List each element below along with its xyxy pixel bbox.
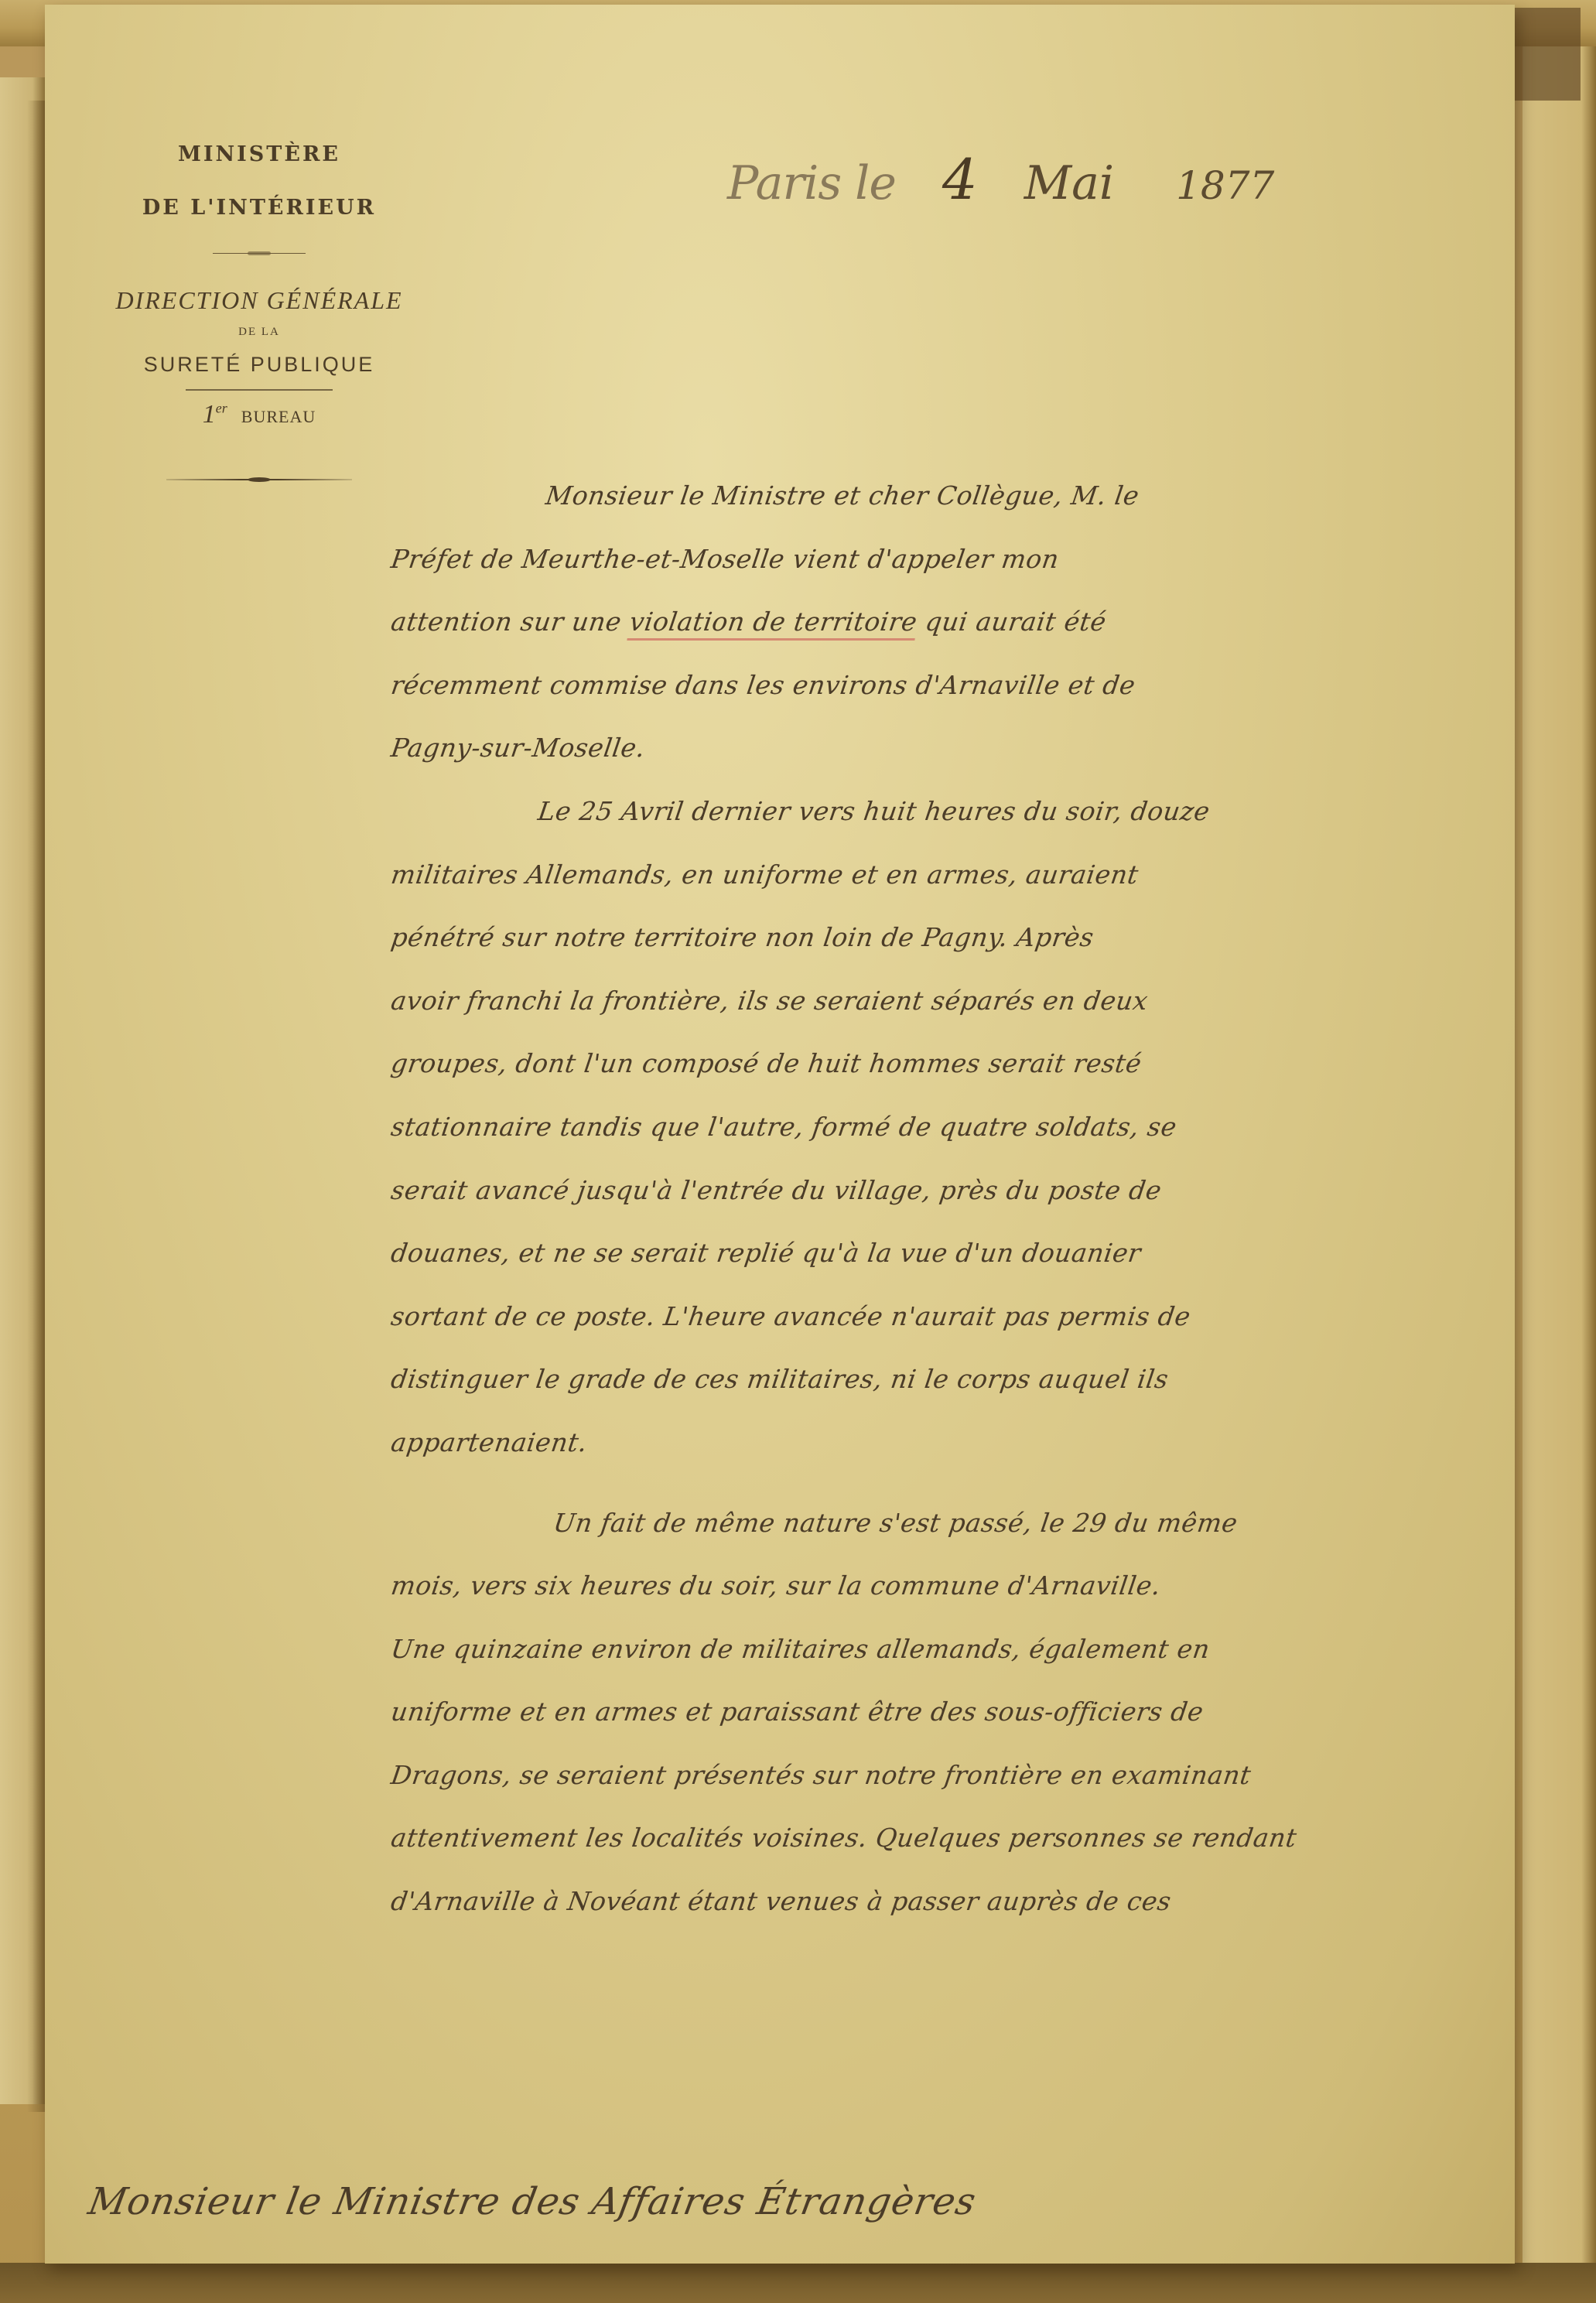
body-line: distinguer le grade de ces militaires, n…	[387, 1348, 1533, 1411]
underlying-sheet-right	[1523, 46, 1596, 2290]
body-line-end: qui aurait été	[915, 607, 1109, 637]
letterhead-interior: DE L'INTÉRIEUR	[93, 196, 425, 220]
body-line: Dragons, se seraient présentés sur notre…	[387, 1744, 1533, 1807]
body-line: Monsieur le Ministre et cher Collègue, M…	[387, 464, 1533, 528]
body-line: sortant de ce poste. L'heure avancée n'a…	[387, 1285, 1533, 1348]
date-line: Paris le 4 Mai 1877	[727, 147, 1274, 212]
body-line: Le 25 Avril dernier vers huit heures du …	[387, 780, 1533, 843]
sheet-shadow-bottom	[0, 2263, 1596, 2303]
bureau-number: 1er	[203, 400, 227, 429]
body-line: récemment commise dans les environs d'Ar…	[387, 654, 1533, 717]
body-line: pénétré sur notre territoire non loin de…	[387, 906, 1533, 969]
letterhead-direction: DIRECTION GÉNÉRALE	[93, 286, 425, 315]
letter-body: Monsieur le Ministre et cher Collègue, M…	[387, 464, 1524, 1933]
date-day: 4	[942, 147, 978, 212]
red-underlined-phrase: violation de territoire	[627, 607, 919, 641]
ornament-flourish-icon	[166, 477, 352, 482]
body-line: Pagny-sur-Moselle.	[387, 716, 1533, 780]
date-year: 1877	[1176, 163, 1274, 208]
bureau-number-digit: 1	[203, 400, 216, 429]
body-line: attentivement les localités voisines. Qu…	[387, 1806, 1533, 1870]
body-line: douanes, et ne se serait replié qu'à la …	[387, 1222, 1533, 1285]
body-line: d'Arnaville à Novéant étant venues à pas…	[387, 1870, 1533, 1933]
body-line-underlined: attention sur une violation de territoir…	[387, 590, 1533, 654]
date-month: Mai	[1024, 156, 1114, 210]
bureau-number-suffix: er	[216, 401, 227, 416]
body-line: appartenaient.	[387, 1411, 1533, 1474]
letterhead-rule	[186, 389, 333, 391]
letterhead-bureau-row: 1er BUREAU	[93, 400, 425, 429]
letterhead-de-la: DE LA	[93, 326, 425, 339]
body-line: Un fait de même nature s'est passé, le 2…	[387, 1491, 1533, 1555]
body-line: stationnaire tandis que l'autre, formé d…	[387, 1095, 1533, 1159]
bureau-label: BUREAU	[241, 407, 316, 427]
dark-gap-top-right	[1507, 8, 1581, 101]
body-line: Une quinzaine environ de militaires alle…	[387, 1618, 1533, 1681]
ornament-divider-icon	[213, 251, 306, 257]
letterhead-surete: SURETÉ PUBLIQUE	[93, 353, 425, 377]
body-line: mois, vers six heures du soir, sur la co…	[387, 1554, 1533, 1618]
body-line: uniforme et en armes et paraissant être …	[387, 1680, 1533, 1744]
body-line: serait avancé jusqu'à l'entrée du villag…	[387, 1159, 1533, 1222]
body-line: militaires Allemands, en uniforme et en …	[387, 843, 1533, 907]
body-line: groupes, dont l'un composé de huit homme…	[387, 1032, 1533, 1095]
date-place: Paris le	[727, 156, 896, 210]
letterhead-ministry: MINISTÈRE	[93, 142, 425, 166]
body-line-start: attention sur une	[389, 607, 632, 637]
body-line: Préfet de Meurthe-et-Moselle vient d'app…	[387, 528, 1533, 591]
body-line: avoir franchi la frontière, ils se serai…	[387, 969, 1533, 1033]
letterhead: MINISTÈRE DE L'INTÉRIEUR DIRECTION GÉNÉR…	[93, 132, 425, 482]
addressee: Monsieur le Ministre des Affaires Étrang…	[85, 2180, 979, 2223]
